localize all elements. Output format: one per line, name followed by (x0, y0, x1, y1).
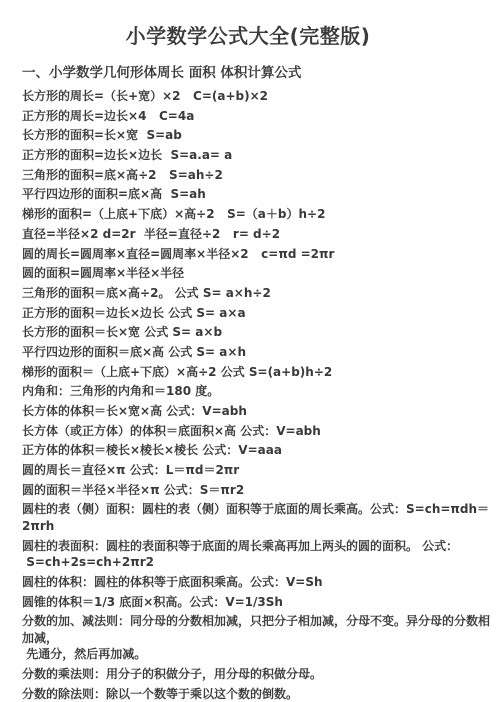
formula-line: 三角形的面积＝底×高÷2。 公式 S= a×h÷2 (22, 285, 491, 302)
formula-line: 平行四边形的面积＝底×高 公式 S= a×h (22, 344, 491, 361)
formula-line: 圆锥的体积＝1/3 底面×积高。公式：V=1/3Sh (22, 594, 491, 611)
formula-line: 长方体（或正方体）的体积＝底面积×高 公式：V=abh (22, 423, 491, 440)
formula-line: 三角形的面积=底×高÷2 S=ah÷2 (22, 167, 491, 184)
page-title: 小学数学公式大全(完整版) (22, 20, 474, 49)
formula-line: 分数的乘法则：用分子的积做分子，用分母的积做分母。 (22, 666, 491, 683)
formula-list: 长方形的周长=（长+宽）×2 C=(a+b)×2正方形的周长=边长×4 C=4a… (22, 88, 491, 702)
formula-line: 分数的加、减法则：同分母的分数相加减，只把分子相加减，分母不变。异分母的分数相加… (22, 613, 491, 663)
formula-line: 正方形的面积=边长×边长 S=a.a= a (22, 147, 491, 164)
formula-line: 长方形的面积=长×宽 S=ab (22, 127, 491, 144)
formula-line: 圆的周长=圆周率×直径=圆周率×半径×2 c=πd =2πr (22, 246, 491, 263)
section-heading: 一、小学数学几何形体周长 面积 体积计算公式 (22, 61, 491, 81)
formula-line: 圆的周长＝直径×π 公式：L＝πd＝2πr (22, 462, 491, 479)
formula-line: 圆柱的表（侧）面积：圆柱的表（侧）面积等于底面的周长乘高。公式：S=ch=πdh… (22, 501, 491, 534)
formula-line: 长方体的体积＝长×宽×高 公式：V=abh (22, 403, 491, 420)
formula-line: 圆柱的表面积：圆柱的表面积等于底面的周长乘高再加上两头的圆的面积。 公式： S=… (22, 538, 491, 571)
formula-line: 正方体的体积＝棱长×棱长×棱长 公式：V=aaa (22, 442, 491, 459)
formula-line: 梯形的面积＝（上底+下底）×高÷2 公式 S=(a+b)h÷2 (22, 364, 491, 381)
document-page: 小学数学公式大全(完整版) 一、小学数学几何形体周长 面积 体积计算公式 长方形… (0, 0, 496, 702)
formula-line: 梯形的面积=（上底+下底）×高÷2 S=（a＋b）h÷2 (22, 206, 491, 223)
formula-line: 长方形的面积＝长×宽 公式 S= a×b (22, 324, 491, 341)
formula-line: 直径=半径×2 d=2r 半径=直径÷2 r= d÷2 (22, 226, 491, 243)
formula-line: 圆柱的体积：圆柱的体积等于底面积乘高。公式：V=Sh (22, 574, 491, 591)
formula-line: 分数的除法则：除以一个数等于乘以这个数的倒数。 (22, 686, 491, 702)
formula-line: 圆的面积＝半径×半径×π 公式：S＝πr2 (22, 482, 491, 499)
formula-line: 圆的面积=圆周率×半径×半径 (22, 265, 491, 282)
formula-line: 内角和：三角形的内角和＝180 度。 (22, 383, 491, 400)
formula-line: 平行四边形的面积=底×高 S=ah (22, 186, 491, 203)
formula-line: 正方形的面积＝边长×边长 公式 S= a×a (22, 305, 491, 322)
formula-line: 正方形的周长=边长×4 C=4a (22, 108, 491, 125)
formula-line: 长方形的周长=（长+宽）×2 C=(a+b)×2 (22, 88, 491, 105)
